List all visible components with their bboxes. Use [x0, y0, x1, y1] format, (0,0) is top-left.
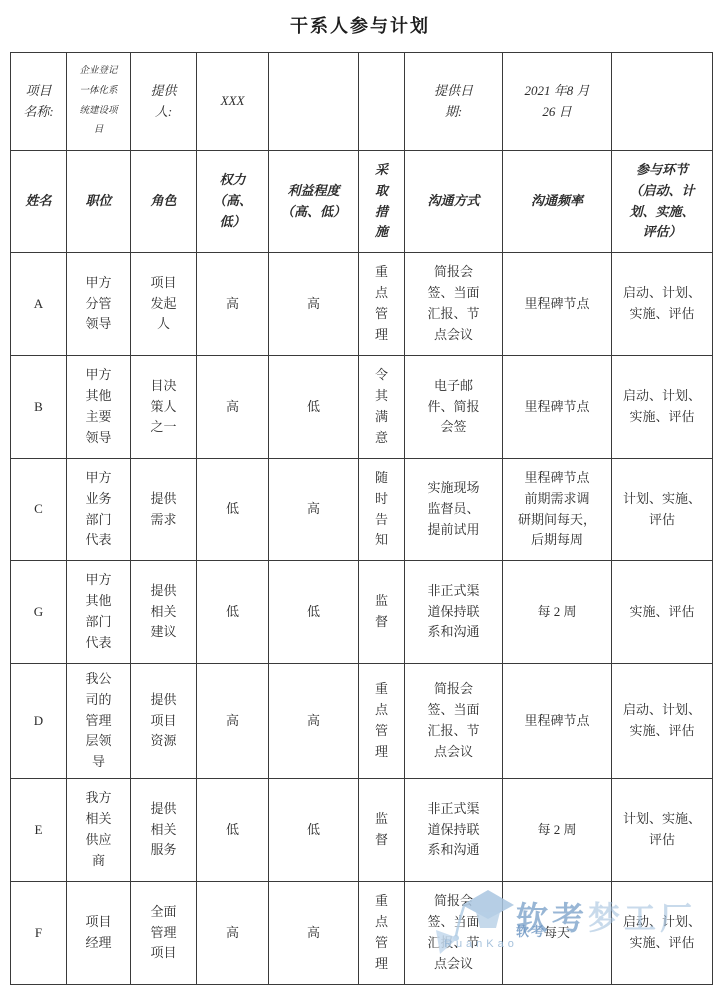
header-participation: 参与环节 （启动、计 划、实施、 评估）: [612, 151, 713, 253]
table-cell: 甲方 分管 领导: [67, 253, 131, 356]
header-row: 姓名 职位 角色 权力 （高、 低） 利益程度 （高、低） 采 取 措 施 沟通…: [11, 151, 713, 253]
table-cell: 高: [197, 882, 269, 985]
table-cell: 低: [197, 561, 269, 664]
table-cell: 低: [269, 356, 359, 459]
table-cell: 实施、评估: [612, 561, 713, 664]
header-power: 权力 （高、 低）: [197, 151, 269, 253]
table-cell: 目决 策人 之一: [131, 356, 197, 459]
table-cell: 每 2 周: [503, 779, 612, 882]
table-cell: 启动、计划、 实施、评估: [612, 882, 713, 985]
table-cell: 里程碑节点: [503, 356, 612, 459]
header-measures: 采 取 措 施: [359, 151, 405, 253]
table-cell: 简报会 签、当面 汇报、节 点会议: [405, 664, 503, 779]
table-cell: 提供 相关 建议: [131, 561, 197, 664]
table-cell: B: [11, 356, 67, 459]
header-comm-method: 沟通方式: [405, 151, 503, 253]
project-name-label: 项目 名称:: [11, 53, 67, 151]
header-role: 角色: [131, 151, 197, 253]
table-cell: 低: [269, 779, 359, 882]
table-cell: 提供 项目 资源: [131, 664, 197, 779]
table-cell: 简报会 签、当面 汇报、节 点会议: [405, 882, 503, 985]
table-row: A 甲方 分管 领导 项目 发起 人 高 高 重 点 管 理 简报会 签、当面 …: [11, 253, 713, 356]
table-cell: 高: [269, 664, 359, 779]
table-cell: 令 其 满 意: [359, 356, 405, 459]
table-cell: 项目 发起 人: [131, 253, 197, 356]
table-row: G 甲方 其他 部门 代表 提供 相关 建议 低 低 监 督 非正式渠 道保持联…: [11, 561, 713, 664]
table-cell: D: [11, 664, 67, 779]
provider-label: 提供 人:: [131, 53, 197, 151]
table-row: C 甲方 业务 部门 代表 提供 需求 低 高 随 时 告 知 实施现场 监督员…: [11, 459, 713, 561]
table-cell: 提供 需求: [131, 459, 197, 561]
table-row: F 项目 经理 全面 管理 项目 高 高 重 点 管 理 简报会 签、当面 汇报…: [11, 882, 713, 985]
table-cell: 启动、计划、 实施、评估: [612, 253, 713, 356]
table-cell: 里程碑节点: [503, 664, 612, 779]
table-cell: 甲方 其他 主要 领导: [67, 356, 131, 459]
table-cell: A: [11, 253, 67, 356]
table-cell: 高: [197, 356, 269, 459]
table-cell: 重 点 管 理: [359, 253, 405, 356]
info-row: 项目 名称: 企业登记 一体化系 统建设项 目 提供 人: XXX 提供日 期:…: [11, 53, 713, 151]
table-cell: 高: [197, 253, 269, 356]
header-interest: 利益程度 （高、低）: [269, 151, 359, 253]
table-cell: 实施现场 监督员、 提前试用: [405, 459, 503, 561]
table-cell: 非正式渠 道保持联 系和沟通: [405, 561, 503, 664]
table-row: E 我方 相关 供应 商 提供 相关 服务 低 低 监 督 非正式渠 道保持联 …: [11, 779, 713, 882]
header-name: 姓名: [11, 151, 67, 253]
table-cell: 高: [269, 882, 359, 985]
table-row: D 我公 司的 管理 层领 导 提供 项目 资源 高 高 重 点 管 理 简报会…: [11, 664, 713, 779]
table-cell: 计划、实施、 评估: [612, 459, 713, 561]
stakeholder-plan-table: 项目 名称: 企业登记 一体化系 统建设项 目 提供 人: XXX 提供日 期:…: [10, 52, 713, 985]
table-cell: 启动、计划、 实施、评估: [612, 356, 713, 459]
empty-cell: [612, 53, 713, 151]
table-cell: 电子邮 件、简报 会签: [405, 356, 503, 459]
table-cell: 低: [269, 561, 359, 664]
table-cell: 里程碑节点 前期需求调 研期间每天， 后期每周: [503, 459, 612, 561]
table-cell: 简报会 签、当面 汇报、节 点会议: [405, 253, 503, 356]
table-cell: C: [11, 459, 67, 561]
table-cell: 重 点 管 理: [359, 664, 405, 779]
table-cell: 高: [197, 664, 269, 779]
date-label: 提供日 期:: [405, 53, 503, 151]
header-position: 职位: [67, 151, 131, 253]
table-cell: 全面 管理 项目: [131, 882, 197, 985]
table-row: B 甲方 其他 主要 领导 目决 策人 之一 高 低 令 其 满 意 电子邮 件…: [11, 356, 713, 459]
date-value: 2021 年8 月 26 日: [503, 53, 612, 151]
page-title: 干系人参与计划: [0, 12, 720, 38]
table-cell: 项目 经理: [67, 882, 131, 985]
empty-cell: [359, 53, 405, 151]
table-cell: 高: [269, 459, 359, 561]
table-cell: 启动、计划、 实施、评估: [612, 664, 713, 779]
table-cell: 计划、实施、 评估: [612, 779, 713, 882]
provider-value: XXX: [197, 53, 269, 151]
table-cell: 甲方 其他 部门 代表: [67, 561, 131, 664]
table-cell: G: [11, 561, 67, 664]
table-cell: 低: [197, 459, 269, 561]
table-cell: 非正式渠 道保持联 系和沟通: [405, 779, 503, 882]
table-cell: 随 时 告 知: [359, 459, 405, 561]
table-cell: 里程碑节点: [503, 253, 612, 356]
table-cell: 我方 相关 供应 商: [67, 779, 131, 882]
header-comm-frequency: 沟通频率: [503, 151, 612, 253]
table-cell: 低: [197, 779, 269, 882]
table-cell: 重 点 管 理: [359, 882, 405, 985]
table-cell: 每天: [503, 882, 612, 985]
empty-cell: [269, 53, 359, 151]
table-cell: 甲方 业务 部门 代表: [67, 459, 131, 561]
table-cell: 监 督: [359, 779, 405, 882]
table-cell: 提供 相关 服务: [131, 779, 197, 882]
table-cell: 我公 司的 管理 层领 导: [67, 664, 131, 779]
table-cell: 监 督: [359, 561, 405, 664]
project-name-value: 企业登记 一体化系 统建设项 目: [67, 53, 131, 151]
table-cell: E: [11, 779, 67, 882]
table-cell: 每 2 周: [503, 561, 612, 664]
table-cell: F: [11, 882, 67, 985]
table-cell: 高: [269, 253, 359, 356]
